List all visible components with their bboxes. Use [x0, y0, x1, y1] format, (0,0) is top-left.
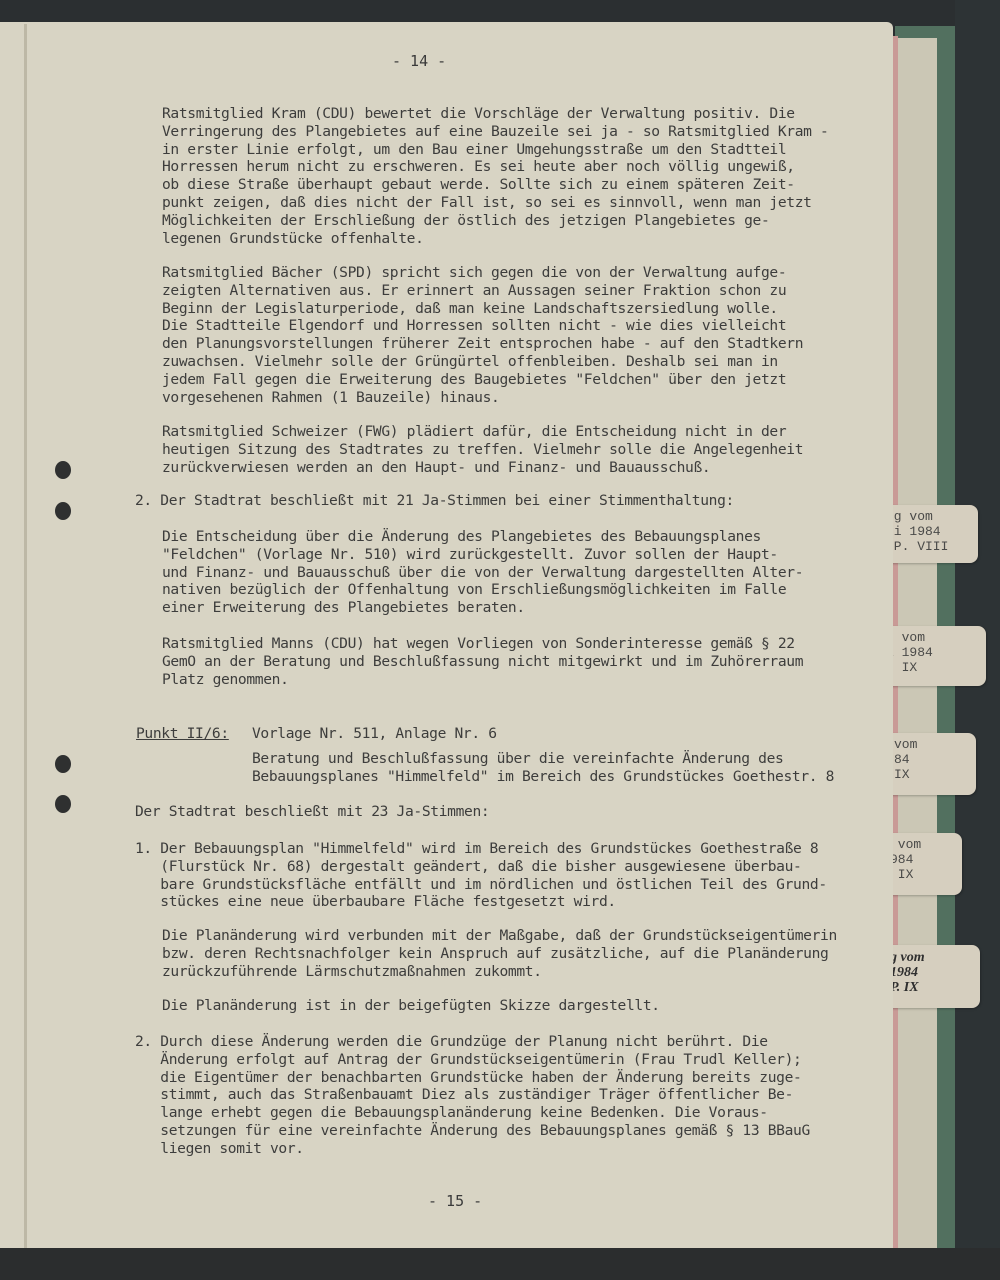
- decision-item-1: 1. Der Bebauungsplan "Himmelfeld" wird i…: [135, 840, 827, 911]
- page-fold: [24, 24, 27, 1248]
- index-tab-1[interactable]: ng vom ni 1984 -P. VIII: [880, 505, 978, 563]
- decision-item-1-condition: Die Planänderung wird verbunden mit der …: [162, 927, 837, 980]
- index-tab-3[interactable]: vom 84 IX: [880, 733, 976, 795]
- agenda-item-label: Punkt II/6:: [136, 725, 229, 743]
- decision-item-1-sketch: Die Planänderung ist in der beigefügten …: [162, 997, 660, 1015]
- tab-text: vom 984 IX: [890, 837, 921, 882]
- punch-hole: [55, 461, 71, 479]
- paragraph-schweizer: Ratsmitglied Schweizer (FWG) plädiert da…: [162, 423, 803, 476]
- index-tab-2[interactable]: g vom i 1984 . IX: [880, 626, 986, 686]
- page-number-bottom: - 15 -: [428, 1192, 482, 1210]
- punch-hole: [55, 795, 71, 813]
- binder-cover-bottom: [0, 1248, 1000, 1280]
- paragraph-baecher: Ratsmitglied Bächer (SPD) spricht sich g…: [162, 264, 803, 406]
- index-tab-5[interactable]: g vom 1984 P. IX: [880, 945, 980, 1008]
- decision-item-2: 2. Durch diese Änderung werden die Grund…: [135, 1033, 810, 1158]
- agenda-item-description: Beratung und Beschlußfassung über die ve…: [252, 750, 834, 786]
- agenda-item-title: Vorlage Nr. 511, Anlage Nr. 6: [252, 725, 497, 743]
- paragraph-manns: Ratsmitglied Manns (CDU) hat wegen Vorli…: [162, 635, 803, 688]
- tab-text: g vom 1984 P. IX: [890, 950, 925, 995]
- punch-hole: [55, 755, 71, 773]
- item-2-body: Die Entscheidung über die Änderung des P…: [162, 528, 803, 617]
- page-number-top: - 14 -: [392, 52, 446, 70]
- punch-hole: [55, 502, 71, 520]
- item-2-heading: 2. Der Stadtrat beschließt mit 21 Ja-Sti…: [135, 492, 734, 510]
- tab-text: g vom i 1984 . IX: [886, 630, 933, 675]
- tab-text: vom 84 IX: [894, 737, 917, 782]
- decision-heading: Der Stadtrat beschließt mit 23 Ja-Stimme…: [135, 803, 489, 821]
- paragraph-kram: Ratsmitglied Kram (CDU) bewertet die Vor…: [162, 105, 828, 247]
- tab-text: ng vom ni 1984 -P. VIII: [886, 509, 948, 554]
